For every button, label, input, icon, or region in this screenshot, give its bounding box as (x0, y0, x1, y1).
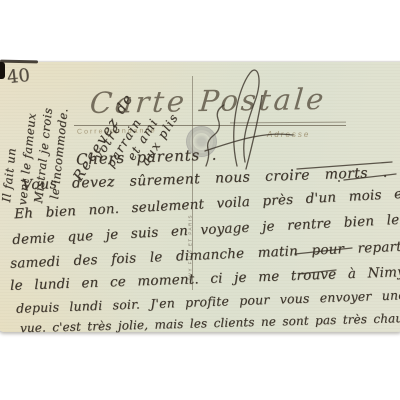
scan-edge-blob (0, 62, 5, 79)
pencil-inventory-number: 40 (6, 65, 31, 88)
address-label: Adresse (267, 130, 310, 139)
